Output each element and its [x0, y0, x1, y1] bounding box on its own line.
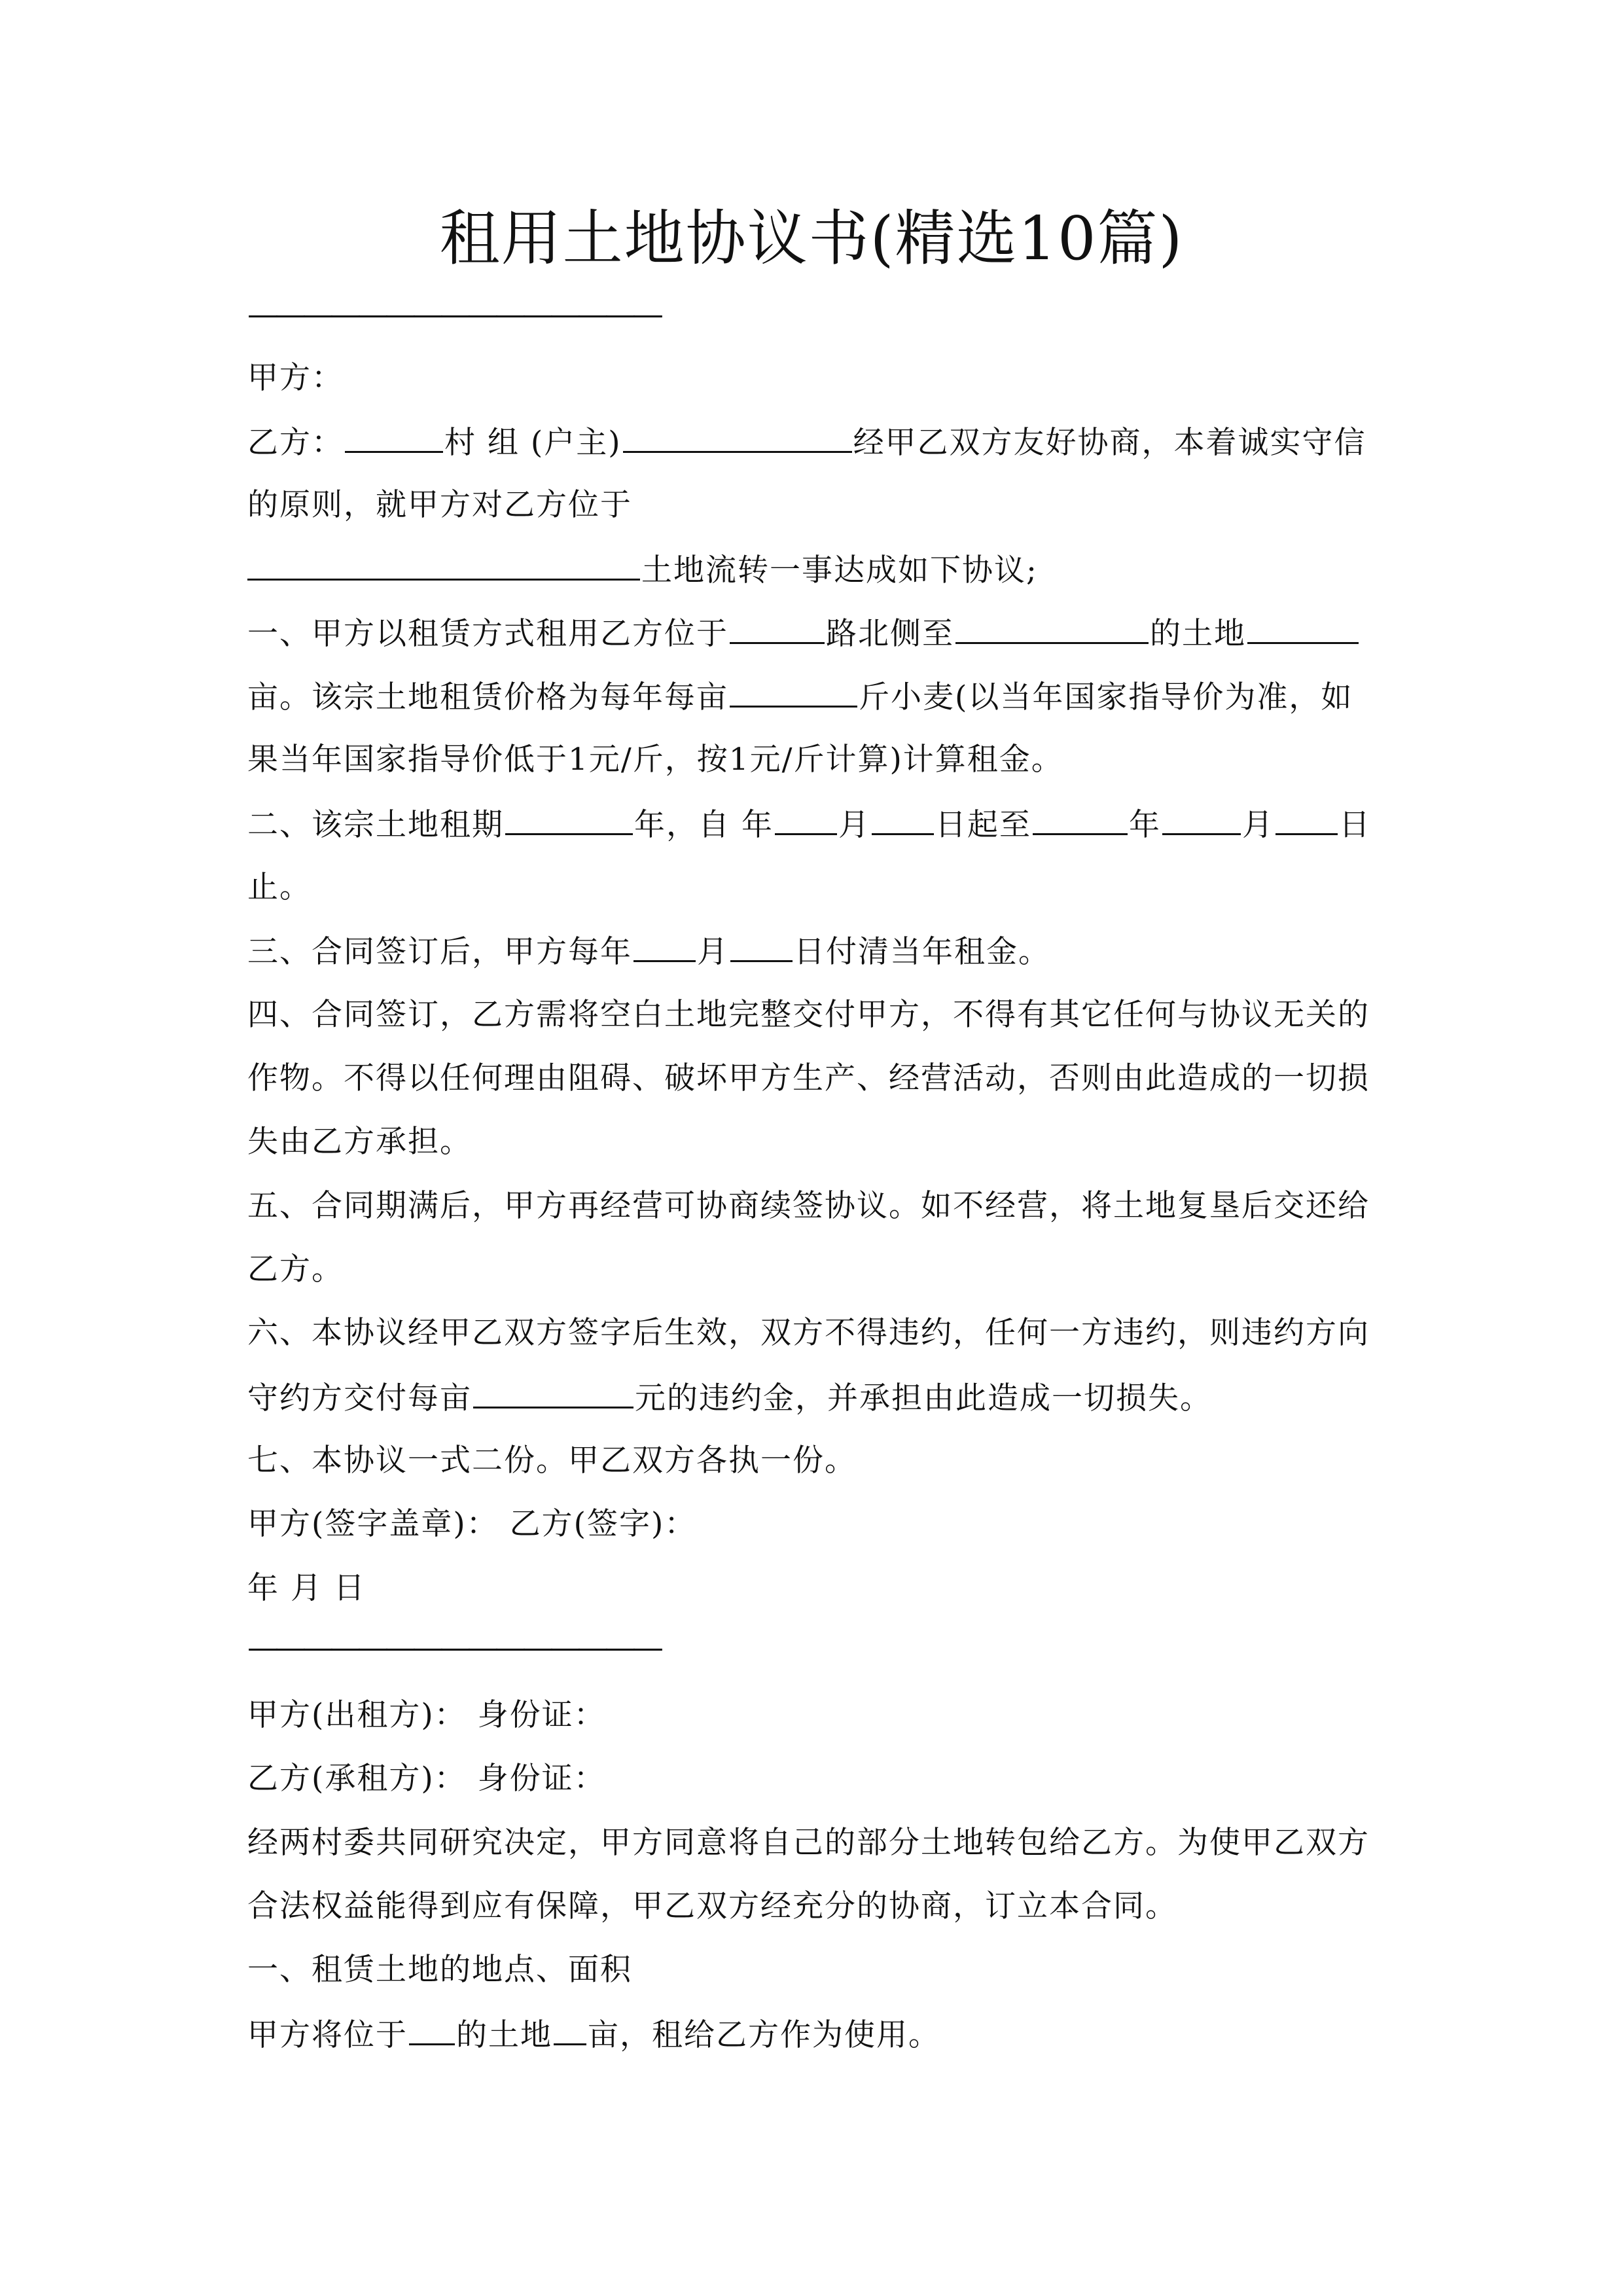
clause-6-line: 六、本协议经甲乙双方签字后生效，双方不得违约，任何一方违约，则违约方向 [247, 1314, 1380, 1353]
paragraph-line: 合法权益能得到应有保障，甲乙双方经充分的协商，订立本合同。 [247, 1887, 1380, 1926]
clause-2-line: 止。 [247, 868, 1380, 907]
clause-5-line: 乙方。 [247, 1250, 1380, 1289]
blank-field[interactable] [1033, 804, 1128, 835]
blank-field[interactable] [345, 422, 443, 453]
blank-field[interactable] [1247, 613, 1359, 644]
lessor-id-line: 甲方(出租方)： 身份证： [247, 1696, 1380, 1735]
divider-rule: ——————————————— [247, 1628, 660, 1667]
blank-field[interactable] [505, 804, 633, 835]
paragraph-line: 经两村委共同研究决定，甲方同意将自己的部分土地转包给乙方。为使甲乙双方 [247, 1823, 1380, 1863]
blank-field[interactable] [247, 550, 640, 581]
paragraph-line: 的原则，就甲方对乙方位于 [247, 486, 1380, 525]
clause-3-line: 三、合同签订后，甲方每年月日付清当年租金。 [247, 931, 1380, 972]
clause-5-line: 五、合同期满后，甲方再经营可协商续签协议。如不经营，将土地复垦后交还给 [247, 1187, 1380, 1226]
blank-field[interactable] [623, 422, 852, 453]
blank-field[interactable] [775, 804, 837, 835]
blank-field[interactable] [473, 1378, 633, 1408]
paragraph-line: 甲方将位于的土地亩，租给乙方作为使用。 [247, 2015, 1380, 2055]
blank-field[interactable] [955, 613, 1149, 644]
divider-rule: ——————————————— [247, 295, 660, 334]
blank-field[interactable] [409, 2015, 455, 2045]
clause-1-line: 一、甲方以租赁方式租用乙方位于路北侧至的土地 [247, 613, 1380, 654]
clause-4-line: 作物。不得以任何理由阻碍、破坏甲方生产、经营活动，否则由此造成的一切损 [247, 1059, 1380, 1098]
blank-field[interactable] [633, 931, 696, 962]
clause-6-line: 守约方交付每亩元的违约金，并承担由此造成一切损失。 [247, 1378, 1380, 1418]
paragraph-line: 土地流转一事达成如下协议; [247, 550, 1380, 590]
blank-field[interactable] [872, 804, 934, 835]
clause-1-line: 果当年国家指导价低于1元/斤，按1元/斤计算)计算租金。 [247, 740, 1380, 780]
blank-field[interactable] [1162, 804, 1241, 835]
clause-4-line: 四、合同签订，乙方需将空白土地完整交付甲方，不得有其它任何与协议无关的 [247, 996, 1380, 1035]
blank-field[interactable] [554, 2015, 586, 2045]
clause-7-line: 七、本协议一式二份。甲乙双方各执一份。 [247, 1441, 1380, 1480]
section-heading: 一、租赁土地的地点、面积 [247, 1950, 1380, 1990]
clause-2-line: 二、该宗土地租期年，自 年月日起至年月日 [247, 804, 1380, 845]
blank-field[interactable] [730, 931, 793, 962]
date-line: 年 月 日 [247, 1569, 1380, 1608]
party-b-line: 乙方：村 组 (户主)经甲乙双方友好协商，本着诚实守信 [247, 422, 1380, 463]
document-title: 租用土地协议书(精选10篇) [0, 196, 1623, 281]
clause-1-line: 亩。该宗土地租赁价格为每年每亩斤小麦(以当年国家指导价为准，如 [247, 677, 1380, 717]
party-a-line: 甲方： [247, 359, 1380, 398]
lessee-id-line: 乙方(承租方)： 身份证： [247, 1759, 1380, 1799]
clause-4-line: 失由乙方承担。 [247, 1122, 1380, 1162]
signature-line: 甲方(签字盖章)： 乙方(签字)： [247, 1505, 1380, 1544]
blank-field[interactable] [1275, 804, 1338, 835]
blank-field[interactable] [730, 613, 825, 644]
blank-field[interactable] [730, 677, 857, 708]
